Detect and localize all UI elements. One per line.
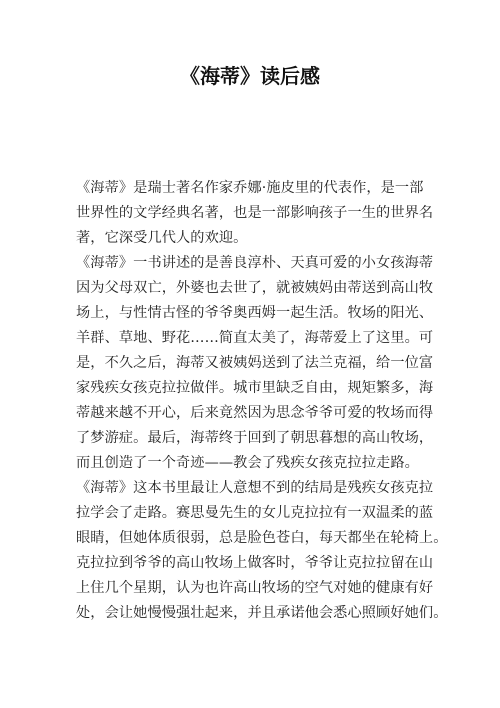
paragraph-3: 《海蒂》这本书里最让人意想不到的结局是残疾女孩克拉 拉学会了走路。赛思曼先生的女…	[76, 476, 416, 626]
text-line: 《海蒂》是瑞士著名作家乔娜·施皮里的代表作，是一部	[76, 176, 416, 201]
text-line: 《海蒂》一书讲述的是善良淳朴、天真可爱的小女孩海蒂	[76, 251, 416, 276]
text-line: 世界性的文学经典名著，也是一部影响孩子一生的世界名	[76, 201, 416, 226]
text-line: 而且创造了一个奇迹——教会了残疾女孩克拉拉走路。	[76, 451, 416, 476]
text-line: 场上，与性情古怪的爷爷奥西姆一起生活。牧场的阳光、	[76, 301, 416, 326]
text-line: 克拉拉到爷爷的高山牧场上做客时，爷爷让克拉拉留在山	[76, 551, 416, 576]
text-line: 家残疾女孩克拉拉做伴。城市里缺乏自由，规矩繁多，海	[76, 376, 416, 401]
text-line: 是，不久之后，海蒂又被姨妈送到了法兰克福，给一位富	[76, 351, 416, 376]
paragraph-2: 《海蒂》一书讲述的是善良淳朴、天真可爱的小女孩海蒂 因为父母双亡，外婆也去世了，…	[76, 251, 416, 476]
text-line: 上住几个星期，认为也许高山牧场的空气对她的健康有好	[76, 576, 416, 601]
paragraph-1: 《海蒂》是瑞士著名作家乔娜·施皮里的代表作，是一部 世界性的文学经典名著，也是一…	[76, 176, 416, 251]
document-title: 《海蒂》读后感	[0, 60, 500, 89]
text-line: 因为父母双亡，外婆也去世了，就被姨妈由蒂送到高山牧	[76, 276, 416, 301]
document-page: 《海蒂》读后感 《海蒂》是瑞士著名作家乔娜·施皮里的代表作，是一部 世界性的文学…	[0, 0, 500, 708]
text-line: 蒂越来越不开心，后来竟然因为思念爷爷可爱的牧场而得	[76, 401, 416, 426]
text-line: 《海蒂》这本书里最让人意想不到的结局是残疾女孩克拉	[76, 476, 416, 501]
text-line: 眼睛，但她体质很弱，总是脸色苍白，每天都坐在轮椅上。	[76, 526, 416, 551]
text-line: 了梦游症。最后，海蒂终于回到了朝思暮想的高山牧场，	[76, 426, 416, 451]
document-body: 《海蒂》是瑞士著名作家乔娜·施皮里的代表作，是一部 世界性的文学经典名著，也是一…	[76, 176, 416, 626]
text-line: 著，它深受几代人的欢迎。	[76, 226, 416, 251]
text-line: 羊群、草地、野花……简直太美了，海蒂爱上了这里。可	[76, 326, 416, 351]
text-line: 处，会让她慢慢强壮起来，并且承诺他会悉心照顾好她们。	[76, 601, 416, 626]
text-line: 拉学会了走路。赛思曼先生的女儿克拉拉有一双温柔的蓝	[76, 501, 416, 526]
